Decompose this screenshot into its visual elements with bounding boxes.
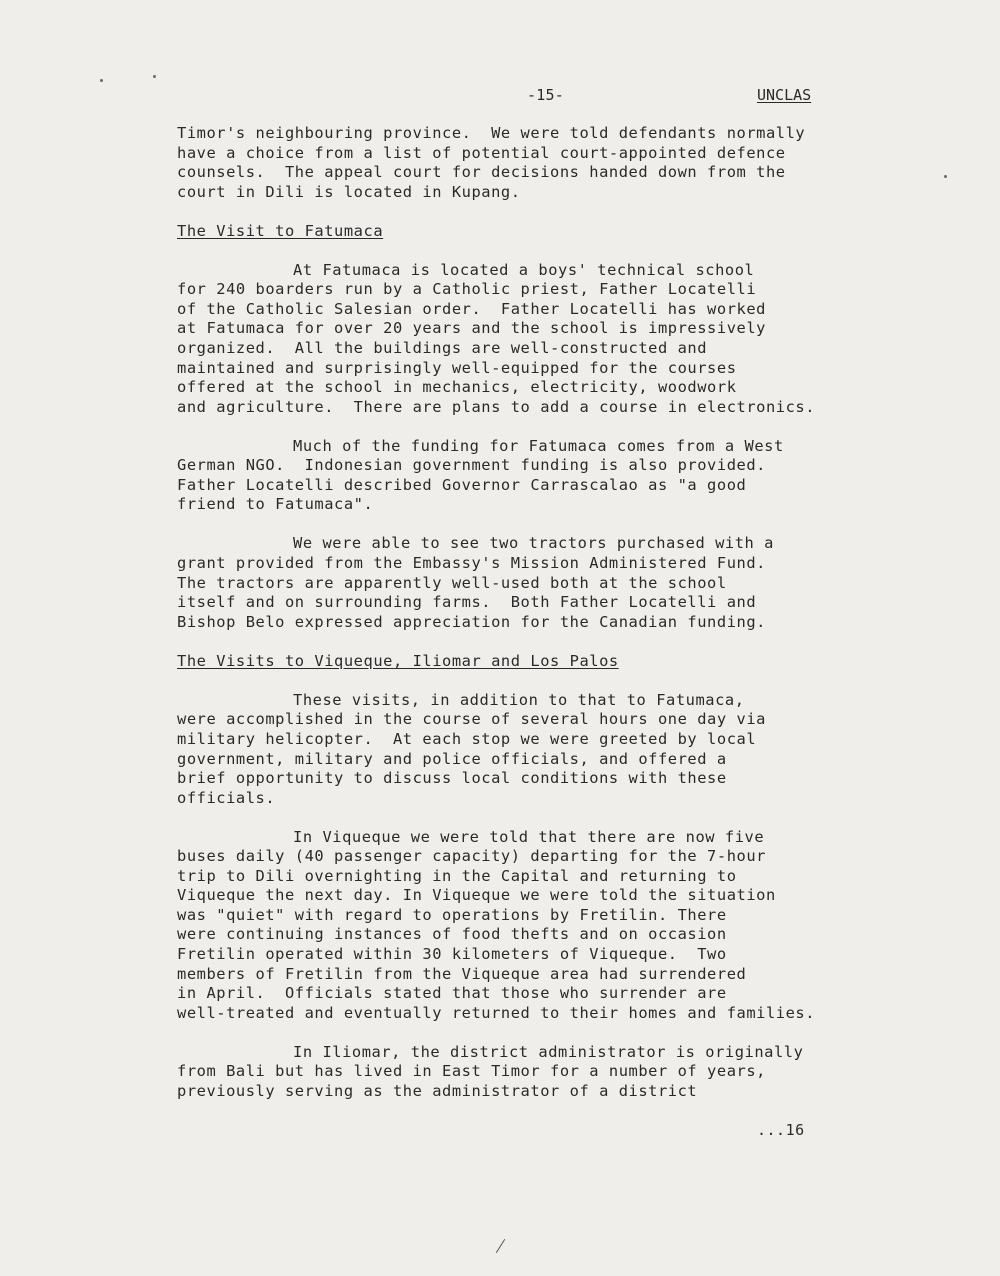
text-line: for 240 boarders run by a Catholic pries… [177,280,957,300]
text-line: officials. [177,789,957,809]
text-line: In Viqueque we were told that there are … [177,828,957,848]
paragraph-gap [177,1023,957,1043]
text-line: counsels. The appeal court for decisions… [177,163,957,183]
text-line: organized. All the buildings are well-co… [177,339,957,359]
text-line: military helicopter. At each stop we wer… [177,730,957,750]
text-line: German NGO. Indonesian government fundin… [177,456,957,476]
paragraph-gap [177,515,957,535]
document-page: -15- UNCLAS Timor's neighbouring provinc… [0,0,1000,1276]
text-line: Viqueque the next day. In Viqueque we we… [177,886,957,906]
text-line: These visits, in addition to that to Fat… [177,691,957,711]
text-line: Bishop Belo expressed appreciation for t… [177,613,957,633]
text-line: were continuing instances of food thefts… [177,925,957,945]
paragraph-gap [177,671,957,691]
paragraph: We were able to see two tractors purchas… [177,534,957,632]
paragraph: Timor's neighbouring province. We were t… [177,124,957,202]
scan-speck [153,75,156,78]
text-line: have a choice from a list of potential c… [177,144,957,164]
text-line: In Iliomar, the district administrator i… [177,1043,957,1063]
section-heading-text: The Visits to Viqueque, Iliomar and Los … [177,652,619,670]
paragraph: Much of the funding for Fatumaca comes f… [177,437,957,515]
section-heading: The Visits to Viqueque, Iliomar and Los … [177,652,957,672]
text-line: buses daily (40 passenger capacity) depa… [177,847,957,867]
text-line: members of Fretilin from the Viqueque ar… [177,965,957,985]
text-line: in April. Officials stated that those wh… [177,984,957,1004]
paragraph: At Fatumaca is located a boys' technical… [177,261,957,417]
text-line: maintained and surprisingly well-equippe… [177,359,957,379]
text-line: Much of the funding for Fatumaca comes f… [177,437,957,457]
paragraph: In Viqueque we were told that there are … [177,828,957,1023]
text-line: offered at the school in mechanics, elec… [177,378,957,398]
document-body: Timor's neighbouring province. We were t… [177,124,957,1101]
text-line: were accomplished in the course of sever… [177,710,957,730]
paragraph: These visits, in addition to that to Fat… [177,691,957,808]
text-line: trip to Dili overnighting in the Capital… [177,867,957,887]
paragraph-gap [177,241,957,261]
text-line: from Bali but has lived in East Timor fo… [177,1062,957,1082]
classification-marking: UNCLAS [757,86,811,104]
text-line: The tractors are apparently well-used bo… [177,574,957,594]
text-line: friend to Fatumaca". [177,495,957,515]
text-line: at Fatumaca for over 20 years and the sc… [177,319,957,339]
text-line: At Fatumaca is located a boys' technical… [177,261,957,281]
text-line: Fretilin operated within 30 kilometers o… [177,945,957,965]
text-line: Father Locatelli described Governor Carr… [177,476,957,496]
text-line: and agriculture. There are plans to add … [177,398,957,418]
text-line: grant provided from the Embassy's Missio… [177,554,957,574]
text-line: government, military and police official… [177,750,957,770]
section-heading-text: The Visit to Fatumaca [177,222,383,240]
paragraph: In Iliomar, the district administrator i… [177,1043,957,1102]
text-line: We were able to see two tractors purchas… [177,534,957,554]
text-line: brief opportunity to discuss local condi… [177,769,957,789]
continuation-marker: ...16 [757,1121,805,1139]
text-line: well-treated and eventually returned to … [177,1004,957,1024]
text-line: Timor's neighbouring province. We were t… [177,124,957,144]
section-heading: The Visit to Fatumaca [177,222,957,242]
text-line: of the Catholic Salesian order. Father L… [177,300,957,320]
text-line: previously serving as the administrator … [177,1082,957,1102]
text-line: was "quiet" with regard to operations by… [177,906,957,926]
paragraph-gap [177,632,957,652]
paragraph-gap [177,808,957,828]
paragraph-gap [177,202,957,222]
text-line: itself and on surrounding farms. Both Fa… [177,593,957,613]
pen-mark [496,1239,505,1253]
page-number: -15- [527,86,564,104]
scan-speck [100,79,103,82]
paragraph-gap [177,417,957,437]
text-line: court in Dili is located in Kupang. [177,183,957,203]
